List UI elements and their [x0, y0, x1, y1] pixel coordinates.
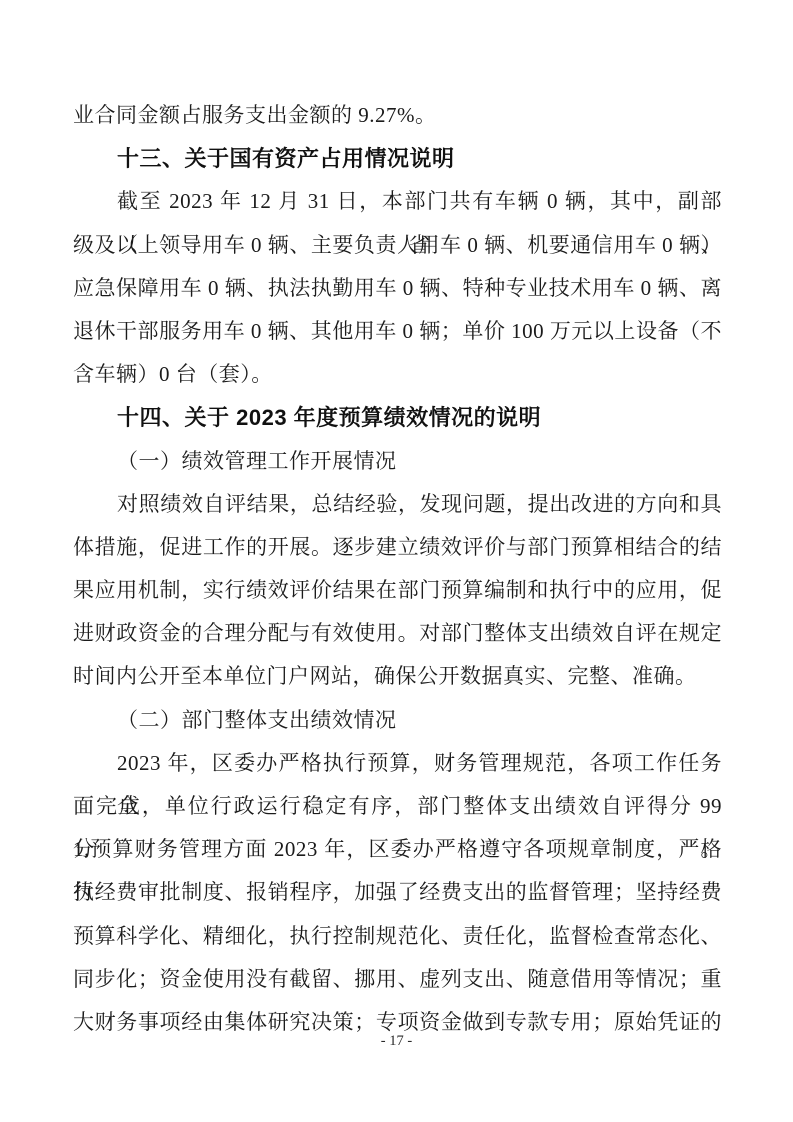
text-line: 体措施，促进工作的开展。逐步建立绩效评价与部门预算相结合的结: [73, 526, 722, 569]
text-line: 级及以上领导用车 0 辆、主要负责人用车 0 辆、机要通信用车 0 辆、: [73, 224, 722, 267]
text-line: 1.预算财务管理方面 2023 年，区委办严格遵守各项规章制度，严格执: [73, 828, 722, 871]
text-line: 截至 2023 年 12 月 31 日，本部门共有车辆 0 辆，其中，副部（省）: [73, 180, 722, 223]
text-line: 预算科学化、精细化，执行控制规范化、责任化，监督检查常态化、: [73, 915, 722, 958]
text-line: 同步化；资金使用没有截留、挪用、虚列支出、随意借用等情况；重: [73, 958, 722, 1001]
text-line: 果应用机制，实行绩效评价结果在部门预算编制和执行中的应用，促: [73, 569, 722, 612]
section-heading: 十四、关于 2023 年度预算绩效情况的说明: [73, 396, 722, 439]
text-line: 2023 年，区委办严格执行预算，财务管理规范，各项工作任务全: [73, 742, 722, 785]
text-line: （二）部门整体支出绩效情况: [73, 699, 722, 742]
text-line: 进财政资金的合理分配与有效使用。对部门整体支出绩效自评在规定: [73, 612, 722, 655]
text-line: 含车辆）0 台（套）。: [73, 353, 722, 396]
document-page: 业合同金额占服务支出金额的 9.27%。十三、关于国有资产占用情况说明截至 20…: [0, 0, 793, 1122]
text-line: 行经费审批制度、报销程序，加强了经费支出的监督管理；坚持经费: [73, 871, 722, 914]
section-heading: 十三、关于国有资产占用情况说明: [73, 137, 722, 180]
text-line: 应急保障用车 0 辆、执法执勤用车 0 辆、特种专业技术用车 0 辆、离: [73, 267, 722, 310]
page-number-footer: - 17 -: [0, 1031, 793, 1051]
text-line: （一）绩效管理工作开展情况: [73, 440, 722, 483]
text-line: 时间内公开至本单位门户网站，确保公开数据真实、完整、准确。: [73, 655, 722, 698]
text-line: 退休干部服务用车 0 辆、其他用车 0 辆；单价 100 万元以上设备（不: [73, 310, 722, 353]
text-line: 面完成，单位行政运行稳定有序，部门整体支出绩效自评得分 99 分。: [73, 785, 722, 828]
text-line: 对照绩效自评结果，总结经验，发现问题，提出改进的方向和具: [73, 483, 722, 526]
document-body: 业合同金额占服务支出金额的 9.27%。十三、关于国有资产占用情况说明截至 20…: [73, 94, 722, 1044]
text-line: 业合同金额占服务支出金额的 9.27%。: [73, 94, 722, 137]
